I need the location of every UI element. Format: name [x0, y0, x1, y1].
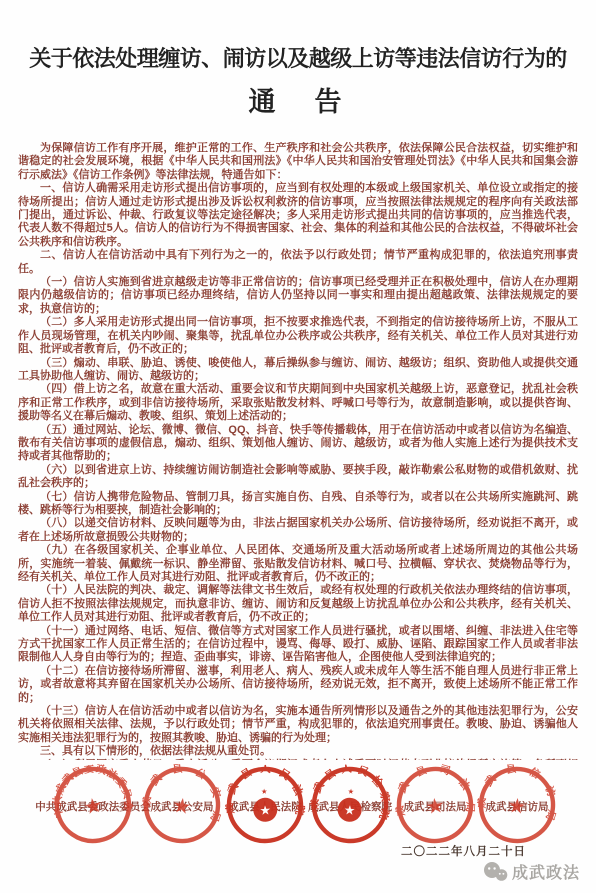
notice-paragraph: （三）煽动、串联、胁迫、诱使、唆使他人，幕后操纵参与缠访、闹访、越级访；组织、资… [18, 357, 578, 384]
svg-text:★: ★ [171, 794, 193, 819]
notice-body: 为保障信访工作有序开展，维护正常的工作、生产秩序和社会公共秩序，依法保障公民合法… [18, 142, 578, 760]
notice-paragraph: 一、信访人确需采用走访形式提出信访事项的，应当到有权处理的本级或上级国家机关、单… [18, 182, 578, 249]
title-line-1: 关于依法处理缠访、闹访以及越级上访等违法信访行为的 [0, 42, 596, 73]
notice-paragraph: （十三）信访人在信访活动中或者以信访为名，实施本通告所列情形以及通告之外的其他违… [18, 705, 578, 745]
official-seal-icon: 中共成武县委政法委员会★ [47, 759, 140, 852]
notice-paragraph: （十）人民法院的判决、裁定、调解等法律文书生效后，或经有权处理的行政机关依法办理… [18, 584, 578, 624]
notice-paragraph: （四）借上访之名，故意在重大活动、重要会议和节庆期间到中央国家机关越级上访，恶意… [18, 383, 578, 423]
notice-paragraph: （五）通过网站、论坛、微博、微信、QQ、抖音、快手等传播载体，用于在信访活动中或… [18, 424, 578, 464]
wechat-icon [482, 861, 508, 883]
watermark: 成武政法 [482, 860, 580, 883]
official-seal-icon: 成武县公安局★ [137, 760, 227, 850]
official-seal-icon: 成武县司法局★ [390, 760, 479, 849]
notice-paragraph: （二）多人采用走访形式提出同一信访事项，拒不按要求推选代表，不到指定的信访接待场… [18, 316, 578, 356]
notice-paragraph: （六）以到省进京上访、持续缠访闹访制造社会影响等威胁、要挟手段，敲诈勒索公私财物… [18, 464, 578, 491]
document-title: 关于依法处理缠访、闹访以及越级上访等违法信访行为的 通 告 [0, 42, 596, 119]
official-seal-icon: 成武县信访局★ [473, 761, 561, 849]
notice-document: 关于依法处理缠访、闹访以及越级上访等违法信访行为的 通 告 为保障信访工作有序开… [0, 0, 596, 893]
svg-text:★: ★ [82, 794, 104, 820]
svg-text:★: ★ [347, 787, 354, 796]
svg-text:★: ★ [506, 794, 527, 819]
document-date: 二〇二二年八月二十日 [401, 843, 526, 859]
svg-text:★: ★ [343, 802, 356, 818]
notice-paragraph: （七）信访人携带危险物品、管制刀具，扬言实施自伤、自残、自杀等行为，或者以在公共… [18, 491, 578, 518]
official-seal-icon: 成武县人民检察院★★ [307, 762, 392, 847]
notice-paragraph: （八）以递交信访材料、反映问题等为由，非法占据国家机关办公场所、信访接待场所，经… [18, 517, 578, 544]
notice-paragraph: （一）信访人实施到省进京越级走访等非正常信访的；信访事项已经受理并正在积极处理中… [18, 276, 578, 316]
svg-text:★: ★ [259, 802, 271, 818]
notice-paragraph: （十一）通过网络、电话、短信、微信等方式对国家工作人员进行骚扰，或者以围堵、纠缠… [18, 625, 578, 665]
official-seal-icon: 成武县人民法院★★ [223, 763, 307, 847]
watermark-text: 成武政法 [512, 860, 580, 883]
notice-paragraph: 为保障信访工作有序开展，维护正常的工作、生产秩序和社会公共秩序，依法保障公民合法… [18, 142, 578, 182]
svg-text:★: ★ [425, 794, 446, 819]
notice-paragraph: 二、信访人在信访活动中具有下列行为之一的，依法予以行政处罚；情节严重构成犯罪的，… [18, 249, 578, 276]
notice-paragraph: （九）在各级国家机关、企事业单位、人民团体、交通场所及重大活动场所或者上述场所周… [18, 544, 578, 584]
svg-text:★: ★ [261, 787, 268, 796]
notice-paragraph: （十二）在信访接待场所滞留、滋事，利用老人、病人、残疾人或未成年人等生活不能自理… [18, 665, 578, 705]
title-line-2: 通 告 [0, 80, 596, 119]
